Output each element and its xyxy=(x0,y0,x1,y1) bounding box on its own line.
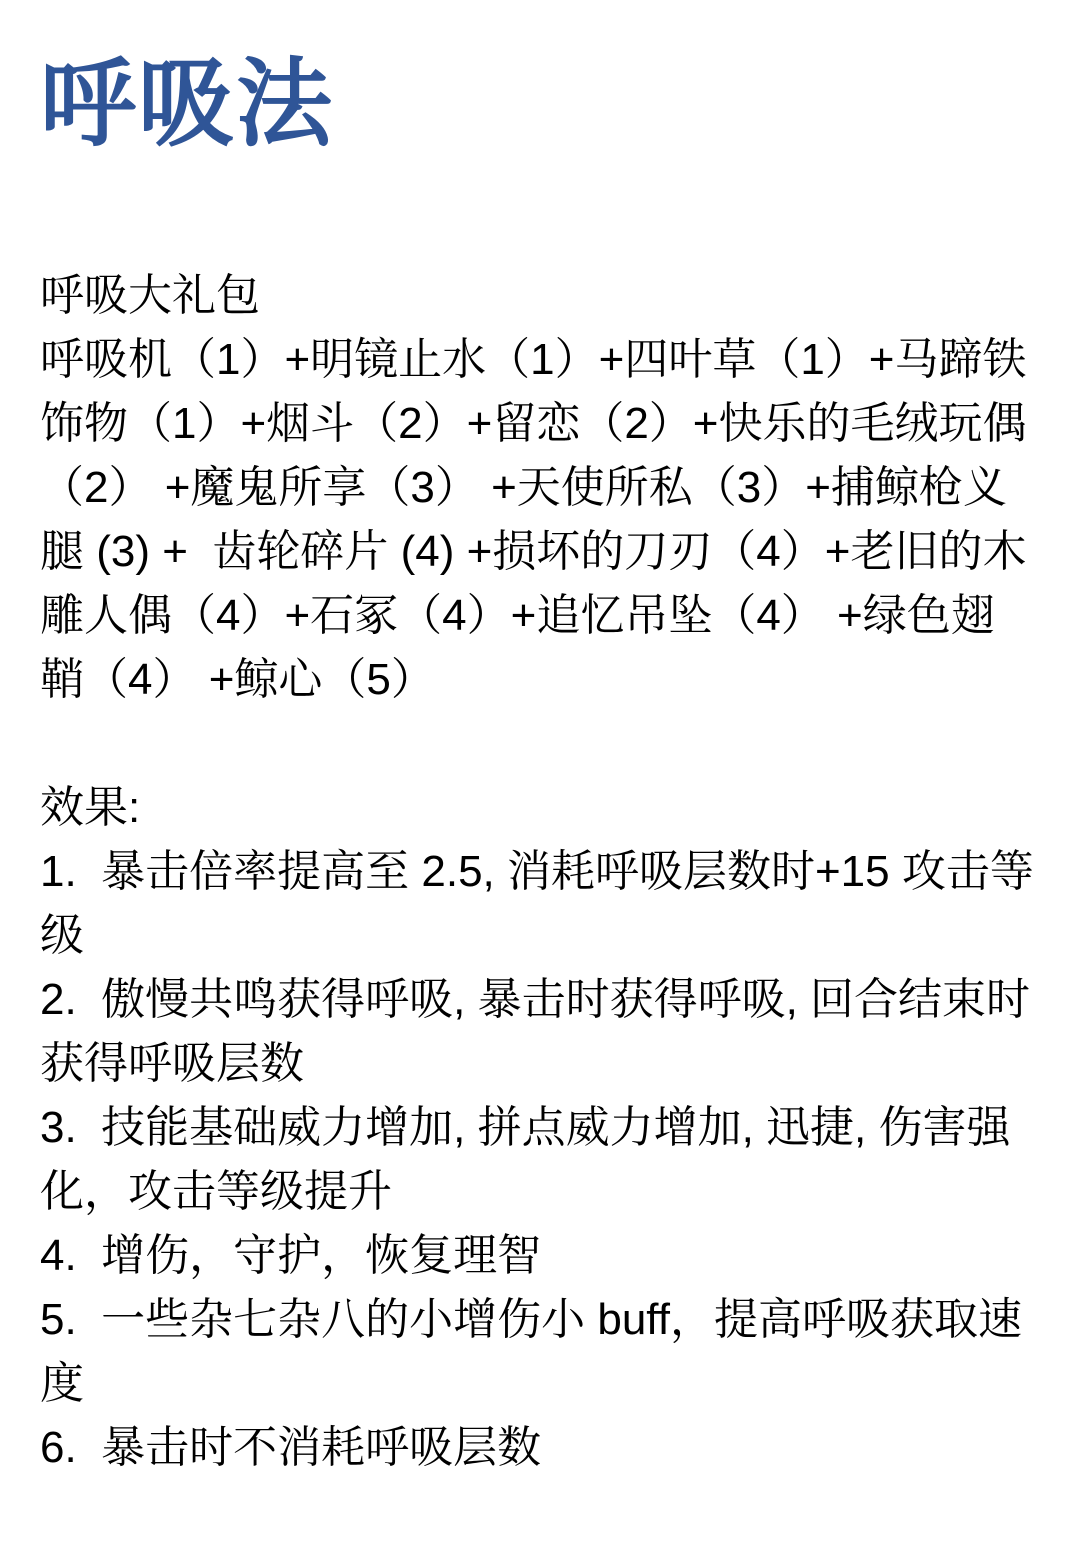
effect-item-2: 2. 傲慢共鸣获得呼吸, 暴击时获得呼吸, 回合结束时获得呼吸层数 xyxy=(40,968,1038,1096)
pack-label: 呼吸大礼包 xyxy=(40,264,1038,328)
effect-item-6: 6. 暴击时不消耗呼吸层数 xyxy=(40,1416,1038,1480)
pack-recipe: 呼吸机（1）+明镜止水（1）+四叶草（1）+马蹄铁饰物（1）+烟斗（2）+留恋（… xyxy=(40,328,1038,712)
pack-section: 呼吸大礼包 呼吸机（1）+明镜止水（1）+四叶草（1）+马蹄铁饰物（1）+烟斗（… xyxy=(40,264,1038,712)
effect-item-3: 3. 技能基础威力增加, 拼点威力增加, 迅捷, 伤害强化，攻击等级提升 xyxy=(40,1096,1038,1224)
page-title: 呼吸法 xyxy=(40,50,1038,160)
effects-heading: 效果: xyxy=(40,776,1038,840)
effect-item-4: 4. 增伤，守护，恢复理智 xyxy=(40,1224,1038,1288)
effect-item-5: 5. 一些杂七杂八的小增伤小 buff，提高呼吸获取速度 xyxy=(40,1288,1038,1416)
effect-item-1: 1. 暴击倍率提高至 2.5, 消耗呼吸层数时+15 攻击等级 xyxy=(40,840,1038,968)
effects-section: 效果: 1. 暴击倍率提高至 2.5, 消耗呼吸层数时+15 攻击等级 2. 傲… xyxy=(40,776,1038,1480)
document-page: 呼吸法 呼吸大礼包 呼吸机（1）+明镜止水（1）+四叶草（1）+马蹄铁饰物（1）… xyxy=(0,0,1080,1553)
